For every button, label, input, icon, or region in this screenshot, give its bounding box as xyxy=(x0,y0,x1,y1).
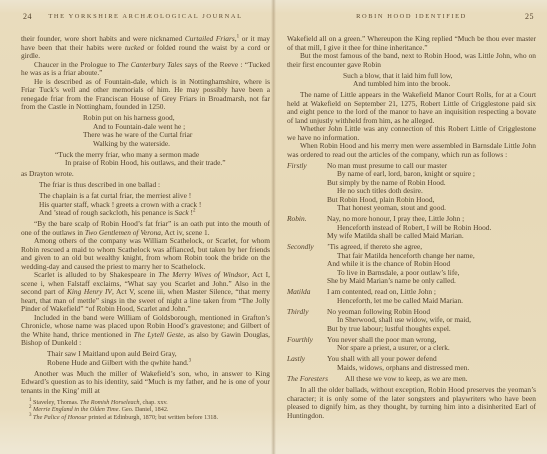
page-left-footnotes: 1 Staveley, Thomas. The Romish Horseleac… xyxy=(21,399,270,421)
paragraph: “By the bare scalp of Robin Hood’s fat f… xyxy=(21,220,270,237)
paragraph: Chaucer in the Prologue to The Canterbur… xyxy=(21,61,270,78)
article-row: MatildaI am contented, read on, Little J… xyxy=(287,288,536,305)
italic-text-run: The Palice of Honour xyxy=(33,414,87,421)
verse-line: And tumbled him into the brook. xyxy=(343,80,536,89)
article-row: FirstlyNo man must presume to call our m… xyxy=(287,162,536,213)
page-left-body: their founder, wore short habits and wer… xyxy=(21,35,270,395)
page-left-header: 24 THE YORKSHIRE ARCHÆOLOGICAL JOURNAL xyxy=(21,12,270,24)
article-row: The ForestersAll these we vow to keep, a… xyxy=(287,375,536,384)
article-lines: You shall with all your power defendMaid… xyxy=(327,355,536,372)
article-lines: You never shall the poor man wrong,Nor s… xyxy=(327,336,536,353)
article-lines: All these we vow to keep, as we are men. xyxy=(345,375,536,384)
footnote-marker: 1 xyxy=(29,398,32,403)
paragraph: When Robin Hood and his merry men were a… xyxy=(287,142,536,159)
paragraph: their founder, wore short habits and wer… xyxy=(21,35,270,61)
paragraph: Whether John Little was any connection o… xyxy=(287,125,536,142)
article-lines: No yeoman following Robin HoodIn Sherwoo… xyxy=(327,308,536,334)
footnote: 3 The Palice of Honour printed at Edinbu… xyxy=(29,414,270,421)
article-line: Nor spare a priest, a usurer, or a clerk… xyxy=(327,344,536,353)
article-label: The Foresters xyxy=(287,375,345,384)
footnote-marker: 1 xyxy=(237,35,240,40)
verse-line: Walking by the waterside. xyxy=(83,140,270,149)
paragraph: as Drayton wrote. xyxy=(21,170,270,179)
verse-line: And ’stead of rough sackcloth, his penan… xyxy=(39,209,270,218)
verse-block: “Tuck the merry friar, who many a sermon… xyxy=(55,151,270,168)
article-label: Firstly xyxy=(287,162,327,213)
verse-block: Such a blow, that it laid him full low,A… xyxy=(343,72,536,89)
running-title-left: THE YORKSHIRE ARCHÆOLOGICAL JOURNAL xyxy=(21,12,270,20)
italic-text-run: Merrie England in the Olden Time xyxy=(33,406,118,413)
article-line: Henceforth, let me be called Maid Marian… xyxy=(327,297,536,306)
italic-text-run: The Lytell Geste xyxy=(134,330,184,339)
paragraph: Among others of the company was William … xyxy=(21,237,270,271)
article-label: Fourthly xyxy=(287,336,327,353)
article-line: Maids, widows, orphans and distressed me… xyxy=(327,364,536,373)
article-row: Robin.Nay, no more honour, I pray thee, … xyxy=(287,215,536,241)
paragraph: The name of Little appears in the Wakefi… xyxy=(287,91,536,125)
article-label: Robin. xyxy=(287,215,327,241)
verse-block: Thair saw I Maitland upon auld Beird Gra… xyxy=(47,350,270,367)
article-lines: Nay, no more honour, I pray thee, Little… xyxy=(327,215,536,241)
paragraph: Another was Much the miller of Wakefield… xyxy=(21,370,270,396)
italic-text-run: Curtailed Friars xyxy=(185,34,235,43)
article-label: Thirdly xyxy=(287,308,327,334)
article-label: Matilda xyxy=(287,288,327,305)
footnote-marker: 3 xyxy=(29,413,32,418)
page-gutter-line xyxy=(271,0,276,454)
page-number-left: 24 xyxy=(23,12,32,21)
italic-text-run: The Canterbury Tales xyxy=(117,60,182,69)
verse-line: Robene Hude and Gilbert with the qwhite … xyxy=(47,359,270,368)
footnote-marker: 2 xyxy=(29,405,32,410)
article-line: But by true labour; lustful thoughts exp… xyxy=(327,325,536,334)
verse-block: Robin put on his harness good,And to Fou… xyxy=(83,114,270,148)
verse-line: In praise of Robin Hood, his outlaws, an… xyxy=(55,159,270,168)
italic-text-run: tucked xyxy=(125,43,144,52)
italic-text-run: The Merry Wives of Windsor xyxy=(158,270,247,279)
verse-block: The friar is thus described in one balla… xyxy=(39,181,270,190)
paragraph: He is described as of Fountain-dale, whi… xyxy=(21,78,270,112)
article-line: That honest yeoman, stout and good. xyxy=(327,204,536,213)
verse-line: The friar is thus described in one balla… xyxy=(39,181,270,190)
paragraph: Wakefield all on a green.” Whereupon the… xyxy=(287,35,536,52)
article-label: Secondly xyxy=(287,243,327,286)
page-right-body: Wakefield all on a green.” Whereupon the… xyxy=(287,35,536,420)
article-label: Lastly xyxy=(287,355,327,372)
italic-text-run: The Romish Horseleach xyxy=(80,399,139,406)
footnote: 2 Merrie England in the Olden Time. Geo.… xyxy=(29,406,270,413)
italic-text-run: Sack xyxy=(175,208,189,217)
article-row: Secondly’Tis agreed, if thereto she agre… xyxy=(287,243,536,286)
paragraph: But the most famous of the band, next to… xyxy=(287,52,536,69)
running-title-right: ROBIN HOOD IDENTIFIED xyxy=(287,12,536,20)
verse-block: The chaplain is a fat curtal friar, the … xyxy=(39,192,270,218)
page-right-header: ROBIN HOOD IDENTIFIED 25 xyxy=(287,12,536,24)
paragraph: Scarlet is alluded to by Shakespeare in … xyxy=(21,271,270,314)
article-row: FourthlyYou never shall the poor man wro… xyxy=(287,336,536,353)
page-number-right: 25 xyxy=(525,12,534,21)
article-line: All these we vow to keep, as we are men. xyxy=(345,375,536,384)
italic-text-run: King Henry IV xyxy=(67,287,112,296)
article-line: My wife Matilda shall be called Maid Mar… xyxy=(327,232,536,241)
article-lines: ’Tis agreed, if thereto she agree,That f… xyxy=(327,243,536,286)
page-right: ROBIN HOOD IDENTIFIED 25 Wakefield all o… xyxy=(287,12,536,420)
paragraph: Included in the band were William of Gol… xyxy=(21,314,270,348)
page-left: 24 THE YORKSHIRE ARCHÆOLOGICAL JOURNAL t… xyxy=(21,12,270,421)
book-scan: 24 THE YORKSHIRE ARCHÆOLOGICAL JOURNAL t… xyxy=(0,0,547,454)
paragraph: In all the older ballads, without except… xyxy=(287,386,536,420)
article-row: LastlyYou shall with all your power defe… xyxy=(287,355,536,372)
article-line: She by Maid Marian’s name be only called… xyxy=(327,277,536,286)
article-lines: I am contented, read on, Little John ;He… xyxy=(327,288,536,305)
footnote-marker: 2 xyxy=(193,209,196,214)
footnote-marker: 3 xyxy=(189,358,192,363)
article-lines: No man must presume to call our masterBy… xyxy=(327,162,536,213)
article-row: ThirdlyNo yeoman following Robin HoodIn … xyxy=(287,308,536,334)
